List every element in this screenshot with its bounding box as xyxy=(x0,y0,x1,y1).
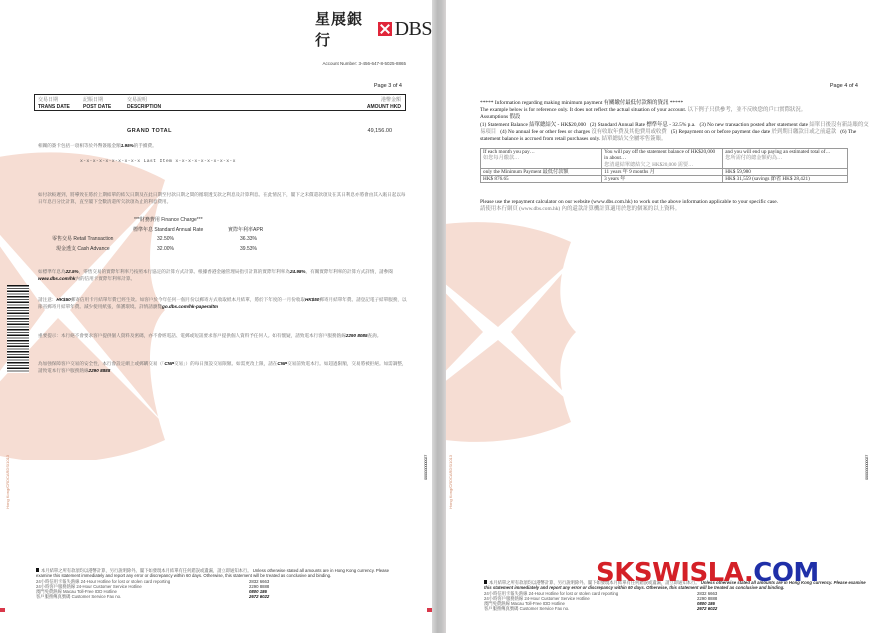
apr-rate-standard: 22.5% xyxy=(66,269,79,274)
cash-standard-rate: 32.00% xyxy=(157,246,174,252)
bank-name-en: DBS xyxy=(395,18,432,41)
security-note-end: 查詢。 xyxy=(368,333,382,338)
cell-minimum-duration: 11 years 年 9 months 月 xyxy=(602,168,723,175)
side-reference: Hong Kong/CRDCARDS/1013 xyxy=(5,455,10,509)
finance-charge-title: ***財務費用 Finance Charge*** xyxy=(134,216,203,223)
security-note: 重要提示：本行絕不會要求客戶提供個人資料及密碼，亦不會經電話、電郵或短訊要求客戶… xyxy=(38,333,410,340)
assumptions-label: Assumptions 假設 xyxy=(480,114,870,121)
fax-number-label: 客戶服務傳真號碼 Customer Service Fax no. xyxy=(36,594,406,599)
assumption-6-zh: 結單總結欠全屬零售簽賬。 xyxy=(602,136,667,142)
assumptions-list: (1) Statement Balance 結單總結欠 - HK$20,000 … xyxy=(480,122,870,144)
account-number: Account Number: 3-456-647-8-5025-8865 xyxy=(322,61,406,66)
grand-total-label: GRAND TOTAL xyxy=(127,128,172,134)
grand-total-value: 49,156.00 xyxy=(368,128,392,134)
page-gutter xyxy=(432,0,446,633)
dbs-star-icon xyxy=(378,22,391,36)
minimum-payment-info: ***** Information regarding making minim… xyxy=(480,100,870,143)
assumption-4-zh: 沒有收取年費及其他費用或收費 xyxy=(591,129,666,135)
statement-footer: 本月結單之所有款項均以港幣計算，另行說明除外。閣下如發現本月結單有任何錯誤或遺漏… xyxy=(36,568,406,600)
statement-page-3: 星展銀行 DBS Account Number: 3-456-647-8-502… xyxy=(0,0,432,633)
apr-note: 如標準年息為22.5%，零售交易的實際年利率乃按照本行協定的計算方式計算。根據香… xyxy=(38,269,410,282)
apr-note-text: 如標準年息為 xyxy=(38,269,66,274)
table-header-row: If each month you pay…如您每月繳款… You will p… xyxy=(481,149,848,169)
paper-fee-2: HK$50 xyxy=(305,297,319,302)
intro: The example below is for reference only.… xyxy=(480,107,870,114)
intro-en: The example below is for reference only.… xyxy=(480,107,686,113)
security-note-text: 重要提示：本行絕不會要求客戶提供個人資料及密碼，亦不會經電話、電郵或短訊要求客戶… xyxy=(38,333,346,338)
bank-name-zh: 星展銀行 xyxy=(315,8,375,50)
calculator-note-zh: 請使用本行網頁 (www.dbs.com.hk) 內的還款計算機計算適用於您的個… xyxy=(480,206,870,213)
apr-note-post: 。有關實際年利率的計算方式詳情，請參閱 xyxy=(306,269,393,274)
watermark-part1: SKSWISLA xyxy=(596,558,744,588)
side-code: 0000000000027 xyxy=(864,455,869,480)
col-header-payoff-zh: 您清還結單總結欠之 HK$20,000 需要… xyxy=(604,162,720,168)
col-header-total-zh: 您所需付的總金額約為… xyxy=(725,155,845,161)
cell-minimum-payment: only the Minimum Payment 最低付款額 xyxy=(481,168,602,175)
standard-rate-header: 標準年息 Standard Annual Rate xyxy=(133,226,203,233)
retail-apr: 36.33% xyxy=(240,236,257,242)
page-indicator: Page 3 of 4 xyxy=(374,83,402,89)
assumption-1: (1) Statement Balance 結單總結欠 - HK$20,000 xyxy=(480,122,586,128)
cnp-tag: CNP xyxy=(164,361,174,366)
post-date-header: POST DATE xyxy=(83,104,111,111)
assumption-5-zh: 於到期日繳款日或之前還款 xyxy=(771,129,836,135)
barcode xyxy=(7,285,29,373)
intro-zh: 以下例子只供參考，並不反映您的戶口實際狀況。 xyxy=(688,107,807,113)
cnp-note-text: 為加強保障客戶交易的安全性，本行會設定網上或郵購交易（「 xyxy=(38,361,164,366)
apr-rate-hkma: 24.98% xyxy=(290,269,306,274)
calculator-note: Please use the repayment calculator on o… xyxy=(480,199,870,213)
statement-page-4: Page 4 of 4 ***** Information regarding … xyxy=(446,0,880,633)
assumption-2: (2) Standard Annual Rate 標準年息 - 32.5% p.… xyxy=(590,122,695,128)
fax-number: 2672 6022 xyxy=(697,606,717,611)
paperless-link[interactable]: go.dbs.com/hk-paperaltm xyxy=(162,304,218,309)
transaction-table-header: 交易日期 TRANS DATE 記賬日期 POST DATE 交易說明 DESC… xyxy=(34,94,406,111)
side-reference: Hong Kong/CRDCARDS/1013 xyxy=(448,455,453,509)
retail-standard-rate: 32.50% xyxy=(157,236,174,242)
paper-fee: HK$50 xyxy=(56,297,70,302)
retail-transaction-label: 零售交易 Retail Transaction xyxy=(52,235,113,242)
table-row: HK$ 876.65 3 years 年 HK$ 31,559 (savings… xyxy=(481,176,848,183)
dbs-logo: 星展銀行 DBS xyxy=(315,8,432,50)
paper-note-label: 請注意： xyxy=(38,297,56,302)
dbs-watermark-icon xyxy=(446,222,616,442)
last-item-marker: x-x-x-x-x-x-x-x-x-x Last Item x-x-x-x-x-… xyxy=(80,159,236,164)
watermark-part2: COM xyxy=(753,558,819,588)
repayment-example-table: If each month you pay…如您每月繳款… You will p… xyxy=(480,148,848,183)
apr-note-end: 內的信用卡實際年利率計算。 xyxy=(75,276,135,281)
security-phone-part2: 8085 xyxy=(357,333,367,338)
side-code: 0000000000027 xyxy=(423,455,428,480)
table-row: only the Minimum Payment 最低付款額 11 years … xyxy=(481,168,848,175)
page-indicator: Page 4 of 4 xyxy=(830,83,858,89)
cnp-limit-note: 為加強保障客戶交易的安全性，本行會設定網上或郵購交易（「CNP交易」）的每日預設… xyxy=(38,361,410,374)
overdue-note: 如付款較遲到，將導致在將於上期結單的結欠日期及在此日期至付款日期之間的循環透支款… xyxy=(38,192,410,205)
fee-rate: 1.95% xyxy=(121,143,134,148)
cash-advance-label: 現金透支 Cash Advance xyxy=(56,245,110,252)
apr-note-mid: ，零售交易的實際年利率乃按照本行協定的計算方式計算。根據香港金融管理局指引計算的… xyxy=(79,269,290,274)
dbs-website-link[interactable]: www.dbs.com/hk xyxy=(38,276,75,281)
site-watermark: SKSWISLA.COM xyxy=(596,558,819,588)
description-header: DESCRIPTION xyxy=(127,104,161,111)
apr-header: 實際年利率APR xyxy=(228,226,263,233)
cell-minimum-total: HK$ 59,980 xyxy=(723,168,848,175)
trans-date-header: TRANS DATE xyxy=(38,104,70,111)
fee-note-end: 的手續費。 xyxy=(134,143,157,148)
assumption-4: (4) No annual fee or other fees or charg… xyxy=(500,129,590,135)
assumption-3: (3) No new transaction posted after stat… xyxy=(700,122,809,128)
amount-header: AMOUNT HKD xyxy=(367,104,401,111)
page-marker xyxy=(0,608,5,612)
fax-number: 2672 6022 xyxy=(249,594,269,599)
bullet-icon xyxy=(36,568,39,572)
fee-note: 相關的簽卡包括一項相等於外幣簽賬金額1.95%的手續費。 xyxy=(38,143,408,150)
paper-statement-note: 請注意：HK$50郵寄信用卡月結單年費已經生效。如客戶於今年任何一個月份以郵寄方… xyxy=(38,297,410,310)
disclaimer-zh: 本月結單之所有款項均以港幣計算，另行說明除外。閣下如發現本月結單有任何錯誤或遺漏… xyxy=(41,568,252,573)
col-header-payoff: You will pay off the statement balance o… xyxy=(604,149,720,162)
cell-fixed-payment: HK$ 876.65 xyxy=(481,176,602,183)
bullet-icon xyxy=(484,580,487,584)
cell-fixed-duration: 3 years 年 xyxy=(602,176,723,183)
cnp-note-mid: 交易」）的每日預設交易限額。如需更改上限，請在 xyxy=(174,361,277,366)
col-header-pay-zh: 如您每月繳款… xyxy=(483,155,599,161)
cnp-phone-part2: 8888 xyxy=(100,368,110,373)
fee-note-text: 相關的簽卡包括一項相等於外幣簽賬金額 xyxy=(38,143,121,148)
watermark-dot: . xyxy=(744,558,753,588)
paper-note-text: 郵寄信用卡月結單年費已經生效。如客戶於今年任何一個月份以郵寄方式收取紙本月結單，… xyxy=(71,297,305,302)
cnp-tag-2: CNP xyxy=(277,361,287,366)
fax-number-label: 客戶服務傳真號碼 Customer Service Fax no. xyxy=(484,606,869,611)
cnp-phone-part1: 2290 xyxy=(89,368,99,373)
cell-fixed-total: HK$ 31,559 (savings 節省 HK$ 28,421) xyxy=(723,176,848,183)
cash-apr: 39.53% xyxy=(240,246,257,252)
assumption-5: (5) Repayment on or before payment due d… xyxy=(671,129,770,135)
security-phone-part1: 2290 xyxy=(346,333,356,338)
